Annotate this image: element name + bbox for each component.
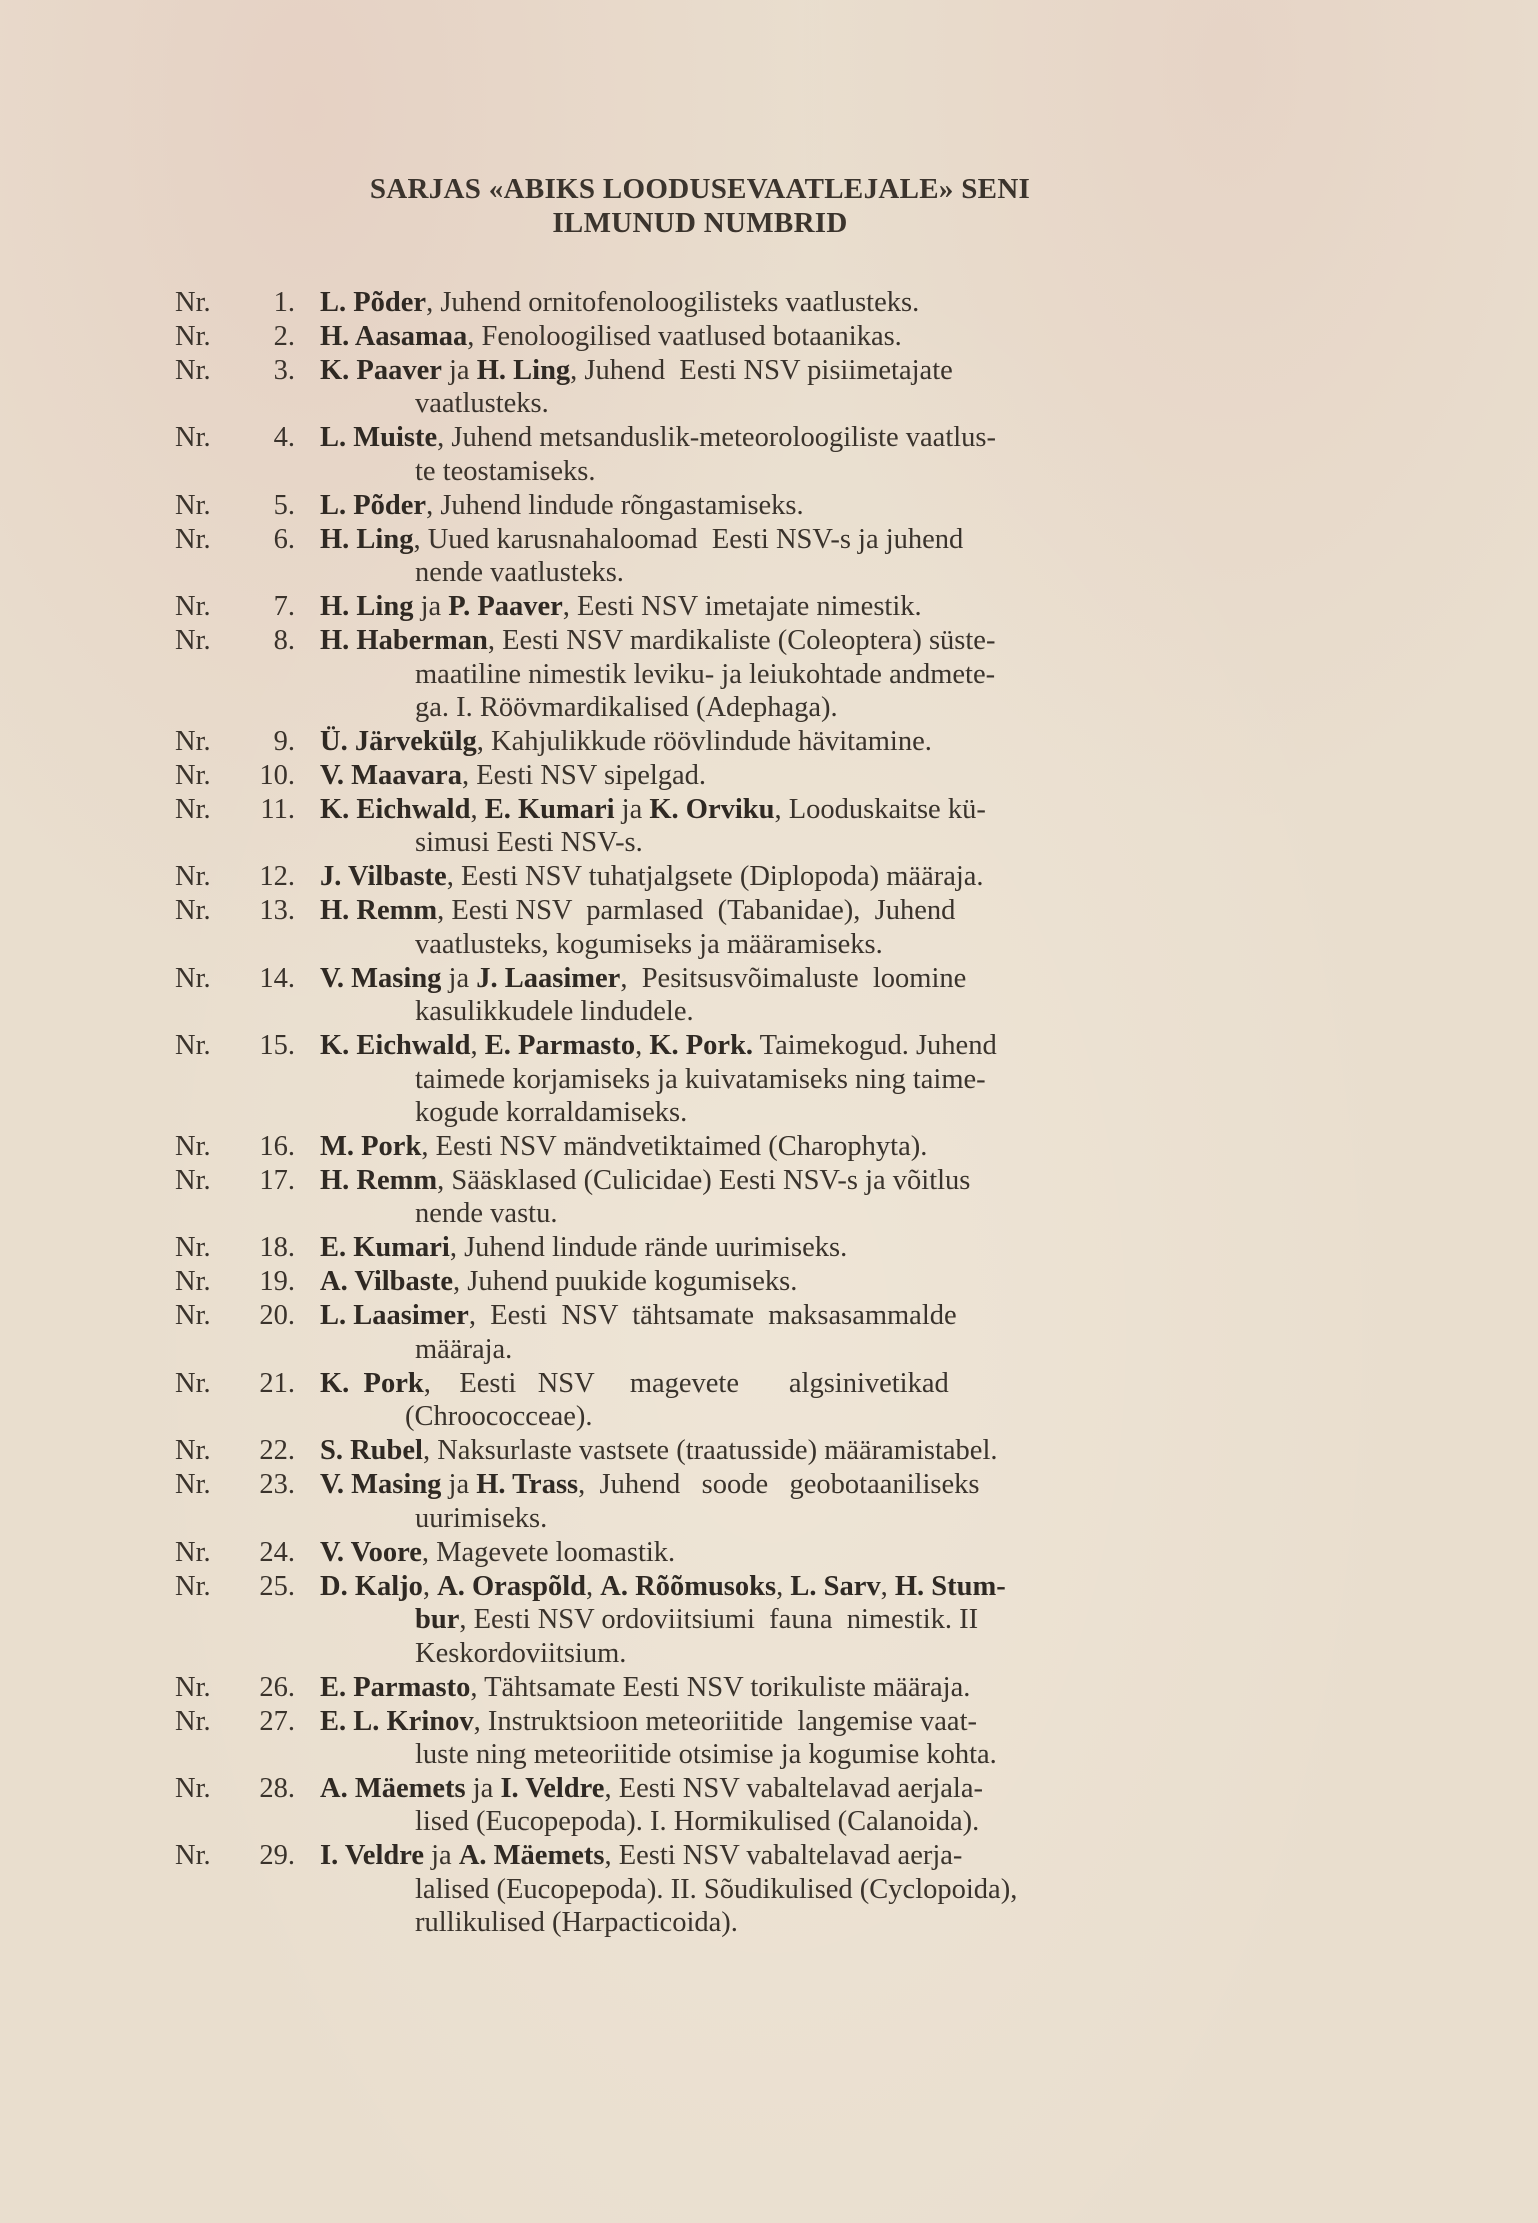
author-name: P. Paaver (448, 591, 563, 622)
list-item: Nr.28.A. Mäemets ja I. Veldre, Eesti NSV… (175, 1772, 1260, 1839)
list-item: Nr.18.E. Kumari, Juhend lindude rände uu… (175, 1231, 1260, 1264)
entry-continuation-line: Keskordoviitsium. (320, 1637, 1260, 1670)
entry-first-line: H. Remm, Eesti NSV parmlased (Tabanidae)… (320, 894, 1260, 927)
author-name: E. Kumari (485, 794, 615, 825)
entry-prefix: Nr. (175, 793, 235, 826)
entry-first-line: Ü. Järvekülg, Kahjulikkude röövlindude h… (320, 725, 1260, 758)
entry-continuation-line: te teostamiseks. (320, 455, 1260, 488)
author-name: A. Mäemets (459, 1840, 605, 1871)
list-item: Nr.5.L. Põder, Juhend lindude rõngastami… (175, 489, 1260, 522)
entry-number: 1. (237, 286, 295, 319)
entry-title-text: , Eesti NSV vabaltelavad aerja- (604, 1840, 962, 1871)
entry-number: 15. (237, 1029, 295, 1062)
entry-first-line: E. Kumari, Juhend lindude rände uurimise… (320, 1231, 1260, 1264)
author-name: H. Remm (320, 895, 437, 926)
entry-prefix: Nr. (175, 1231, 235, 1264)
entry-prefix: Nr. (175, 1772, 235, 1805)
entry-continuation-line: simusi Eesti NSV-s. (320, 826, 1260, 859)
author-name: E. Parmasto (320, 1672, 470, 1703)
entry-title-text: uurimiseks. (415, 1503, 547, 1534)
entry-body: E. Kumari, Juhend lindude rände uurimise… (320, 1231, 1260, 1264)
entry-first-line: H. Aasamaa, Fenoloogilised vaatlused bot… (320, 320, 1260, 353)
author-name: S. Rubel (320, 1435, 423, 1466)
entry-number: 12. (237, 860, 295, 893)
entry-continuation-line: lised (Eucopepoda). I. Hormikulised (Cal… (320, 1805, 1260, 1838)
author-name: K. Pork. (649, 1030, 753, 1061)
entry-body: L. Laasimer, Eesti NSV tähtsamate maksas… (320, 1299, 1260, 1366)
author-name: V. Voore (320, 1537, 422, 1568)
entry-first-line: H. Haberman, Eesti NSV mardikaliste (Col… (320, 624, 1260, 657)
title-line-1: SARJAS «ABIKS LOODUSEVAATLEJALE» SENI (370, 173, 1030, 205)
entry-number: 26. (237, 1671, 295, 1704)
entry-continuation-line: lalised (Eucopepoda). II. Sõudikulised (… (320, 1873, 1260, 1906)
list-item: Nr.8.H. Haberman, Eesti NSV mardikaliste… (175, 624, 1260, 724)
entry-title-text: lalised (Eucopepoda). II. Sõudikulised (… (415, 1874, 1017, 1905)
entry-body: K. Eichwald, E. Kumari ja K. Orviku, Loo… (320, 793, 1260, 860)
entry-prefix: Nr. (175, 725, 235, 758)
entry-number: 9. (237, 725, 295, 758)
page-title: SARJAS «ABIKS LOODUSEVAATLEJALE» SENI IL… (250, 172, 1150, 240)
entry-number: 3. (237, 354, 295, 387)
author-name: V. Maavara (320, 760, 462, 791)
author-name: K. Orviku (649, 794, 774, 825)
entry-first-line: E. Parmasto, Tähtsamate Eesti NSV toriku… (320, 1671, 1260, 1704)
list-item: Nr.11.K. Eichwald, E. Kumari ja K. Orvik… (175, 793, 1260, 860)
entry-title-text: , Uued karusnahaloomad Eesti NSV-s ja ju… (413, 524, 963, 555)
author-name: H. Ling (320, 591, 413, 622)
entry-prefix: Nr. (175, 1299, 235, 1332)
entry-first-line: J. Vilbaste, Eesti NSV tuhatjalgsete (Di… (320, 860, 1260, 893)
entry-prefix: Nr. (175, 1029, 235, 1062)
author-name: A. Oraspõld (437, 1571, 586, 1602)
author-name: H. Stum- (895, 1571, 1006, 1602)
entry-continuation-line: taimede korjamiseks ja kuivatamiseks nin… (320, 1063, 1260, 1096)
entry-title-text: simusi Eesti NSV-s. (415, 827, 643, 858)
entry-title-text: nende vastu. (415, 1198, 557, 1229)
entry-title-text: vaatlusteks. (415, 388, 549, 419)
list-item: Nr.19.A. Vilbaste, Juhend puukide kogumi… (175, 1265, 1260, 1298)
entry-prefix: Nr. (175, 1265, 235, 1298)
author-separator: ja (424, 1840, 459, 1871)
entry-number: 6. (237, 523, 295, 556)
entry-continuation-line: rullikulised (Harpacticoida). (320, 1906, 1260, 1939)
author-separator: ja (442, 355, 477, 386)
entry-title-text: , Eesti NSV vabaltelavad aerjala- (604, 1773, 983, 1804)
entry-number: 29. (237, 1839, 295, 1872)
author-name: A. Vilbaste (320, 1266, 453, 1297)
entry-prefix: Nr. (175, 1468, 235, 1501)
entry-title-text: vaatlusteks, kogumiseks ja määramiseks. (415, 929, 883, 960)
list-item: Nr.17.H. Remm, Sääsklased (Culicidae) Ee… (175, 1164, 1260, 1231)
entry-title-text: lised (Eucopepoda). I. Hormikulised (Cal… (415, 1806, 979, 1837)
author-name: V. Masing (320, 1469, 441, 1500)
entry-prefix: Nr. (175, 860, 235, 893)
entry-number: 4. (237, 421, 295, 454)
entry-prefix: Nr. (175, 1705, 235, 1738)
entry-body: H. Remm, Eesti NSV parmlased (Tabanidae)… (320, 894, 1260, 961)
entry-title-text: taimede korjamiseks ja kuivatamiseks nin… (415, 1064, 986, 1095)
entry-number: 19. (237, 1265, 295, 1298)
entry-number: 18. (237, 1231, 295, 1264)
author-name: H. Aasamaa (320, 321, 467, 352)
entry-number: 11. (237, 793, 295, 826)
entry-prefix: Nr. (175, 421, 235, 454)
author-name: H. Remm (320, 1165, 437, 1196)
entry-prefix: Nr. (175, 590, 235, 623)
entry-title-text: , Juhend lindude rände uurimiseks. (450, 1232, 847, 1263)
entry-first-line: D. Kaljo, A. Oraspõld, A. Rõõmusoks, L. … (320, 1570, 1260, 1603)
list-item: Nr.10.V. Maavara, Eesti NSV sipelgad. (175, 759, 1260, 792)
author-name: E. L. Krinov (320, 1706, 474, 1737)
entry-prefix: Nr. (175, 286, 235, 319)
list-item: Nr.27.E. L. Krinov, Instruktsioon meteor… (175, 1705, 1260, 1772)
entry-continuation-line: (Chroococceae). (320, 1400, 1260, 1433)
entry-continuation-line: ga. I. Röövmardikalised (Adephaga). (320, 691, 1260, 724)
author-name: H. Ling (320, 524, 413, 555)
entry-continuation-line: kasulikkudele lindudele. (320, 995, 1260, 1028)
list-item: Nr.7.H. Ling ja P. Paaver, Eesti NSV ime… (175, 590, 1260, 623)
entry-body: A. Vilbaste, Juhend puukide kogumiseks. (320, 1265, 1260, 1298)
entry-prefix: Nr. (175, 1434, 235, 1467)
entry-body: L. Muiste, Juhend metsanduslik-meteorolo… (320, 421, 1260, 488)
entry-first-line: S. Rubel, Naksurlaste vastsete (traatuss… (320, 1434, 1260, 1467)
entry-number: 8. (237, 624, 295, 657)
entry-first-line: A. Mäemets ja I. Veldre, Eesti NSV vabal… (320, 1772, 1260, 1805)
author-name: V. Masing (320, 963, 441, 994)
author-name: K. Eichwald (320, 794, 470, 825)
entry-title-text: , Pesitsusvõimaluste loomine (620, 963, 966, 994)
entry-title-text: kogude korraldamiseks. (415, 1097, 687, 1128)
entry-title-text: te teostamiseks. (415, 456, 595, 487)
entry-title-text: , Juhend ornitofenoloogilisteks vaatlust… (426, 287, 919, 318)
entry-title-text: , Sääsklased (Culicidae) Eesti NSV-s ja … (437, 1165, 970, 1196)
entry-continuation-line: uurimiseks. (320, 1502, 1260, 1535)
entry-first-line: V. Masing ja H. Trass, Juhend soode geob… (320, 1468, 1260, 1501)
entry-number: 24. (237, 1536, 295, 1569)
author-name: D. Kaljo (320, 1571, 423, 1602)
entry-first-line: M. Pork, Eesti NSV mändvetiktaimed (Char… (320, 1130, 1260, 1163)
entry-number: 14. (237, 962, 295, 995)
entry-number: 7. (237, 590, 295, 623)
entry-first-line: K. Eichwald, E. Parmasto, K. Pork. Taime… (320, 1029, 1260, 1062)
entry-first-line: V. Voore, Magevete loomastik. (320, 1536, 1260, 1569)
entry-body: I. Veldre ja A. Mäemets, Eesti NSV vabal… (320, 1839, 1260, 1939)
entry-first-line: V. Masing ja J. Laasimer, Pesitsusvõimal… (320, 962, 1260, 995)
entry-title-text: , Juhend metsanduslik-meteoroloogiliste … (437, 422, 996, 453)
entry-first-line: H. Ling ja P. Paaver, Eesti NSV imetajat… (320, 590, 1260, 623)
author-separator: , (470, 1030, 484, 1061)
entry-body: H. Haberman, Eesti NSV mardikaliste (Col… (320, 624, 1260, 724)
entry-body: K. Pork, Eesti NSV magevete algsinivetik… (320, 1367, 1260, 1434)
entry-title-text: , Naksurlaste vastsete (traatusside) mää… (423, 1435, 998, 1466)
entry-body: A. Mäemets ja I. Veldre, Eesti NSV vabal… (320, 1772, 1260, 1839)
entry-continuation-line: luste ning meteoriitide otsimise ja kogu… (320, 1738, 1260, 1771)
entry-number: 22. (237, 1434, 295, 1467)
entry-number: 23. (237, 1468, 295, 1501)
entry-first-line: L. Muiste, Juhend metsanduslik-meteorolo… (320, 421, 1260, 454)
entry-prefix: Nr. (175, 1536, 235, 1569)
entry-title-text: , Eesti NSV mardikaliste (Coleoptera) sü… (488, 625, 996, 656)
entry-number: 20. (237, 1299, 295, 1332)
publication-list: Nr.1.L. Põder, Juhend ornitofenoloogilis… (175, 286, 1260, 1940)
entry-title-text: , Magevete loomastik. (422, 1537, 675, 1568)
entry-title-text: luste ning meteoriitide otsimise ja kogu… (415, 1739, 997, 1770)
entry-first-line: L. Põder, Juhend ornitofenoloogilisteks … (320, 286, 1260, 319)
entry-title-text: , Eesti NSV magevete algsinivetikad (424, 1368, 949, 1399)
author-separator: ja (615, 794, 650, 825)
author-name: Ü. Järvekülg (320, 726, 477, 757)
author-name: H. Trass (476, 1469, 578, 1500)
author-name: H. Haberman (320, 625, 488, 656)
entry-number: 16. (237, 1130, 295, 1163)
author-name: K. Eichwald (320, 1030, 470, 1061)
entry-number: 13. (237, 894, 295, 927)
entry-title-text: , Fenoloogilised vaatlused botaanikas. (467, 321, 902, 352)
entry-title-text: , Eesti NSV mändvetiktaimed (Charophyta)… (421, 1131, 927, 1162)
list-item: Nr.16.M. Pork, Eesti NSV mändvetiktaimed… (175, 1130, 1260, 1163)
list-item: Nr.23.V. Masing ja H. Trass, Juhend sood… (175, 1468, 1260, 1535)
author-separator: , (586, 1571, 600, 1602)
entry-first-line: E. L. Krinov, Instruktsioon meteoriitide… (320, 1705, 1260, 1738)
list-item: Nr.15.K. Eichwald, E. Parmasto, K. Pork.… (175, 1029, 1260, 1129)
entry-title-text: (Chroococceae). (405, 1401, 593, 1432)
entry-title-text: kasulikkudele lindudele. (415, 996, 694, 1027)
entry-first-line: H. Remm, Sääsklased (Culicidae) Eesti NS… (320, 1164, 1260, 1197)
entry-body: Ü. Järvekülg, Kahjulikkude röövlindude h… (320, 725, 1260, 758)
list-item: Nr.2.H. Aasamaa, Fenoloogilised vaatluse… (175, 320, 1260, 353)
author-name: E. Parmasto (485, 1030, 635, 1061)
entry-continuation-line: nende vastu. (320, 1197, 1260, 1230)
author-name: bur (415, 1604, 459, 1635)
author-name: J. Vilbaste (320, 861, 447, 892)
entry-first-line: L. Põder, Juhend lindude rõngastamiseks. (320, 489, 1260, 522)
entry-title-text: Keskordoviitsium. (415, 1638, 626, 1669)
entry-number: 25. (237, 1570, 295, 1603)
entry-body: D. Kaljo, A. Oraspõld, A. Rõõmusoks, L. … (320, 1570, 1260, 1670)
author-name: I. Veldre (500, 1773, 604, 1804)
list-item: Nr.1.L. Põder, Juhend ornitofenoloogilis… (175, 286, 1260, 319)
list-item: Nr.6.H. Ling, Uued karusnahaloomad Eesti… (175, 523, 1260, 590)
author-separator: , (635, 1030, 649, 1061)
list-item: Nr.12.J. Vilbaste, Eesti NSV tuhatjalgse… (175, 860, 1260, 893)
entry-title-text: , Juhend Eesti NSV pisiimetajate (570, 355, 953, 386)
entry-prefix: Nr. (175, 1839, 235, 1872)
entry-first-line: H. Ling, Uued karusnahaloomad Eesti NSV-… (320, 523, 1260, 556)
entry-title-text: , Juhend soode geobotaaniliseks (578, 1469, 979, 1500)
entry-number: 5. (237, 489, 295, 522)
list-item: Nr.13.H. Remm, Eesti NSV parmlased (Taba… (175, 894, 1260, 961)
entry-title-text: Taimekogud. Juhend (753, 1030, 997, 1061)
title-line-2: ILMUNUD NUMBRID (250, 206, 1150, 240)
entry-prefix: Nr. (175, 1130, 235, 1163)
entry-prefix: Nr. (175, 489, 235, 522)
document-page: SARJAS «ABIKS LOODUSEVAATLEJALE» SENI IL… (0, 0, 1538, 2223)
entry-title-text: , Eesti NSV tähtsamate maksasammalde (469, 1300, 957, 1331)
list-item: Nr.9.Ü. Järvekülg, Kahjulikkude röövlind… (175, 725, 1260, 758)
entry-title-text: maatiline nimestik leviku- ja leiukohtad… (415, 659, 995, 690)
entry-body: V. Voore, Magevete loomastik. (320, 1536, 1260, 1569)
list-item: Nr.3.K. Paaver ja H. Ling, Juhend Eesti … (175, 354, 1260, 421)
author-name: L. Laasimer (320, 1300, 469, 1331)
entry-prefix: Nr. (175, 354, 235, 387)
entry-continuation-line: nende vaatlusteks. (320, 556, 1260, 589)
entry-body: K. Paaver ja H. Ling, Juhend Eesti NSV p… (320, 354, 1260, 421)
entry-body: L. Põder, Juhend ornitofenoloogilisteks … (320, 286, 1260, 319)
author-name: L. Sarv (790, 1571, 880, 1602)
list-item: Nr.20.L. Laasimer, Eesti NSV tähtsamate … (175, 1299, 1260, 1366)
entry-prefix: Nr. (175, 1164, 235, 1197)
entry-continuation-line: maatiline nimestik leviku- ja leiukohtad… (320, 658, 1260, 691)
author-separator: ja (413, 591, 448, 622)
list-item: Nr.29.I. Veldre ja A. Mäemets, Eesti NSV… (175, 1839, 1260, 1939)
entry-body: M. Pork, Eesti NSV mändvetiktaimed (Char… (320, 1130, 1260, 1163)
entry-prefix: Nr. (175, 1570, 235, 1603)
entry-title-text: , Eesti NSV ordoviitsiumi fauna nimestik… (459, 1604, 978, 1635)
author-name: A. Mäemets (320, 1773, 466, 1804)
author-name: J. Laasimer (476, 963, 620, 994)
entry-title-text: , Tähtsamate Eesti NSV torikuliste määra… (470, 1672, 970, 1703)
author-name: M. Pork (320, 1131, 421, 1162)
entry-title-text: , Looduskaitse kü- (774, 794, 985, 825)
entry-number: 21. (237, 1367, 295, 1400)
list-item: Nr.22.S. Rubel, Naksurlaste vastsete (tr… (175, 1434, 1260, 1467)
entry-continuation-line: vaatlusteks, kogumiseks ja määramiseks. (320, 928, 1260, 961)
author-name: L. Põder (320, 490, 426, 521)
author-separator: ja (441, 1469, 476, 1500)
entry-title-text: , Juhend lindude rõngastamiseks. (426, 490, 804, 521)
entry-title-text: , Instruktsioon meteoriitide langemise v… (474, 1706, 977, 1737)
entry-continuation-line: määraja. (320, 1333, 1260, 1366)
author-name: A. Rõõmusoks (600, 1571, 776, 1602)
entry-prefix: Nr. (175, 624, 235, 657)
author-separator: ja (441, 963, 476, 994)
entry-title-text: , Eesti NSV tuhatjalgsete (Diplopoda) mä… (447, 861, 984, 892)
entry-number: 2. (237, 320, 295, 353)
entry-title-text: rullikulised (Harpacticoida). (415, 1907, 738, 1938)
author-separator: ja (466, 1773, 501, 1804)
entry-prefix: Nr. (175, 1367, 235, 1400)
entry-first-line: A. Vilbaste, Juhend puukide kogumiseks. (320, 1265, 1260, 1298)
entry-number: 27. (237, 1705, 295, 1738)
list-item: Nr.25.D. Kaljo, A. Oraspõld, A. Rõõmusok… (175, 1570, 1260, 1670)
author-name: L. Muiste (320, 422, 437, 453)
entry-title-text: , Eesti NSV imetajate nimestik. (563, 591, 922, 622)
entry-first-line: V. Maavara, Eesti NSV sipelgad. (320, 759, 1260, 792)
entry-body: H. Remm, Sääsklased (Culicidae) Eesti NS… (320, 1164, 1260, 1231)
entry-prefix: Nr. (175, 962, 235, 995)
author-separator: , (881, 1571, 895, 1602)
author-name: K. Pork (320, 1368, 424, 1399)
entry-body: H. Ling, Uued karusnahaloomad Eesti NSV-… (320, 523, 1260, 590)
author-name: L. Põder (320, 287, 426, 318)
list-item: Nr.4.L. Muiste, Juhend metsanduslik-mete… (175, 421, 1260, 488)
entry-prefix: Nr. (175, 759, 235, 792)
author-separator: , (470, 794, 484, 825)
entry-body: V. Masing ja H. Trass, Juhend soode geob… (320, 1468, 1260, 1535)
author-separator: , (423, 1571, 437, 1602)
author-name: I. Veldre (320, 1840, 424, 1871)
list-item: Nr.21.K. Pork, Eesti NSV magevete algsin… (175, 1367, 1260, 1434)
entry-body: K. Eichwald, E. Parmasto, K. Pork. Taime… (320, 1029, 1260, 1129)
entry-first-line: K. Paaver ja H. Ling, Juhend Eesti NSV p… (320, 354, 1260, 387)
entry-title-text: , Eesti NSV parmlased (Tabanidae), Juhen… (437, 895, 955, 926)
list-item: Nr.24.V. Voore, Magevete loomastik. (175, 1536, 1260, 1569)
entry-continuation-line: vaatlusteks. (320, 387, 1260, 420)
entry-body: S. Rubel, Naksurlaste vastsete (traatuss… (320, 1434, 1260, 1467)
entry-body: H. Aasamaa, Fenoloogilised vaatlused bot… (320, 320, 1260, 353)
author-name: E. Kumari (320, 1232, 450, 1263)
entry-prefix: Nr. (175, 894, 235, 927)
entry-body: H. Ling ja P. Paaver, Eesti NSV imetajat… (320, 590, 1260, 623)
author-name: K. Paaver (320, 355, 442, 386)
entry-body: V. Masing ja J. Laasimer, Pesitsusvõimal… (320, 962, 1260, 1029)
entry-body: V. Maavara, Eesti NSV sipelgad. (320, 759, 1260, 792)
entry-title-text: nende vaatlusteks. (415, 557, 624, 588)
entry-body: L. Põder, Juhend lindude rõngastamiseks. (320, 489, 1260, 522)
entry-first-line: K. Pork, Eesti NSV magevete algsinivetik… (320, 1367, 1260, 1400)
entry-first-line: L. Laasimer, Eesti NSV tähtsamate maksas… (320, 1299, 1260, 1332)
entry-continuation-line: bur, Eesti NSV ordoviitsiumi fauna nimes… (320, 1603, 1260, 1636)
entry-first-line: I. Veldre ja A. Mäemets, Eesti NSV vabal… (320, 1839, 1260, 1872)
entry-prefix: Nr. (175, 320, 235, 353)
entry-body: E. L. Krinov, Instruktsioon meteoriitide… (320, 1705, 1260, 1772)
entry-number: 28. (237, 1772, 295, 1805)
entry-body: J. Vilbaste, Eesti NSV tuhatjalgsete (Di… (320, 860, 1260, 893)
author-name: H. Ling (477, 355, 570, 386)
list-item: Nr.26.E. Parmasto, Tähtsamate Eesti NSV … (175, 1671, 1260, 1704)
entry-number: 10. (237, 759, 295, 792)
entry-title-text: määraja. (415, 1334, 512, 1365)
entry-continuation-line: kogude korraldamiseks. (320, 1096, 1260, 1129)
entry-title-text: , Juhend puukide kogumiseks. (453, 1266, 797, 1297)
entry-body: E. Parmasto, Tähtsamate Eesti NSV toriku… (320, 1671, 1260, 1704)
entry-title-text: , Kahjulikkude röövlindude hävitamine. (477, 726, 932, 757)
entry-title-text: ga. I. Röövmardikalised (Adephaga). (415, 692, 838, 723)
entry-title-text: , Eesti NSV sipelgad. (462, 760, 706, 791)
entry-prefix: Nr. (175, 523, 235, 556)
list-item: Nr.14.V. Masing ja J. Laasimer, Pesitsus… (175, 962, 1260, 1029)
entry-first-line: K. Eichwald, E. Kumari ja K. Orviku, Loo… (320, 793, 1260, 826)
author-separator: , (776, 1571, 790, 1602)
entry-prefix: Nr. (175, 1671, 235, 1704)
entry-number: 17. (237, 1164, 295, 1197)
